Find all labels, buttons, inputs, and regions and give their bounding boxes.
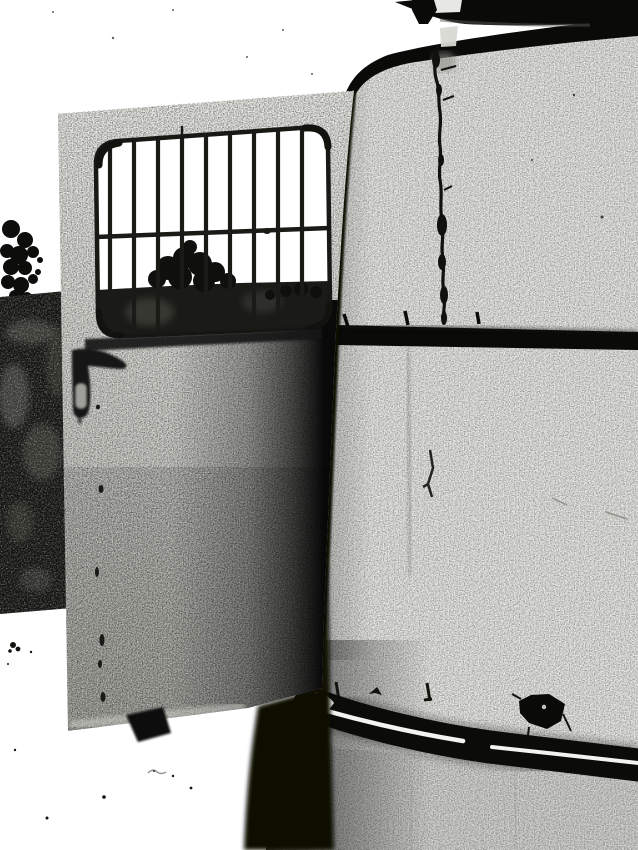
door-window [85, 120, 335, 351]
photo-canvas: High-contrast black-and-white photograph… [0, 0, 638, 850]
mid-rail-joint [263, 228, 271, 234]
trailer-door [40, 80, 360, 740]
rim-paint-break [440, 26, 458, 47]
handle-lever-highlight [76, 384, 86, 408]
door-right-shadow [140, 300, 345, 740]
bumper-blotch [463, 728, 485, 746]
bw-photograph: High-contrast black-and-white photograph… [0, 0, 638, 850]
